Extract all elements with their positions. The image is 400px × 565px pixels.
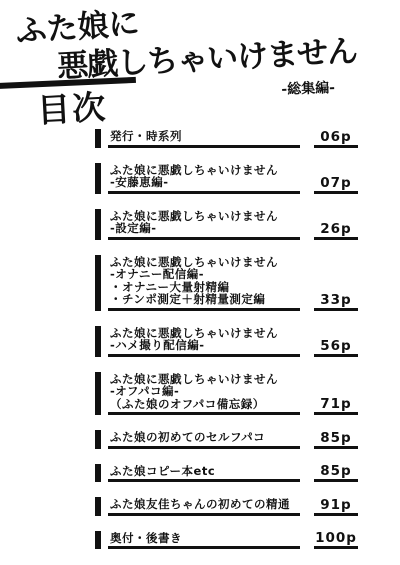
entry-marker-bar bbox=[95, 464, 101, 483]
entry-title-line: ふた娘の初めてのセルフパコ bbox=[110, 431, 300, 444]
entry-title: 奥付・後書き bbox=[108, 531, 300, 550]
entry-title-line: ふた娘友佳ちゃんの初めての精通 bbox=[110, 498, 300, 511]
entry-title: ふた娘に悪戯しちゃいけません-設定編- bbox=[108, 209, 300, 240]
entry-title: 発行・時系列 bbox=[108, 129, 300, 148]
toc-entry: ふた娘コピー本etc 85p bbox=[95, 464, 358, 483]
entry-title: ふた娘に悪戯しちゃいけません-ハメ撮り配信編- bbox=[108, 326, 300, 357]
entry-page-number: 06p bbox=[314, 130, 358, 148]
entry-marker-bar bbox=[95, 531, 101, 550]
entry-page-number: 71p bbox=[314, 397, 358, 415]
toc-entry: ふた娘に悪戯しちゃいけません-ハメ撮り配信編- 56p bbox=[95, 326, 358, 357]
toc-entry: ふた娘友佳ちゃんの初めての精通 91p bbox=[95, 497, 358, 516]
entry-title: ふた娘に悪戯しちゃいけません-安藤恵編- bbox=[108, 163, 300, 194]
entry-title: ふた娘友佳ちゃんの初めての精通 bbox=[108, 497, 300, 516]
entry-page-number: 26p bbox=[314, 222, 358, 240]
entry-marker-bar bbox=[95, 129, 101, 148]
entry-page-number: 85p bbox=[314, 431, 358, 449]
entry-title-line: -安藤恵編- bbox=[110, 176, 300, 189]
entry-marker-bar bbox=[95, 497, 101, 516]
toc-entry: ふた娘の初めてのセルフパコ 85p bbox=[95, 430, 358, 449]
entry-marker-bar bbox=[95, 372, 101, 416]
entry-title-line: 発行・時系列 bbox=[110, 130, 300, 143]
entry-title-line: -オナニー配信編- bbox=[110, 268, 300, 281]
entry-page-number: 33p bbox=[314, 293, 358, 311]
entry-title-line: -設定編- bbox=[110, 222, 300, 235]
entry-page-number: 07p bbox=[314, 176, 358, 194]
entry-title-line: ・チンポ測定＋射精量測定編 bbox=[110, 293, 300, 306]
entry-marker-bar bbox=[95, 430, 101, 449]
entry-title-line: （ふた娘のオフパコ備忘録） bbox=[110, 398, 300, 411]
entry-marker-bar bbox=[95, 209, 101, 240]
entry-page-number: 56p bbox=[314, 339, 358, 357]
toc-entry: 奥付・後書き 100p bbox=[95, 531, 358, 550]
entry-title-line: ふた娘コピー本etc bbox=[110, 465, 300, 478]
toc-entry: ふた娘に悪戯しちゃいけません-設定編- 26p bbox=[95, 209, 358, 240]
entry-page-number: 91p bbox=[314, 498, 358, 516]
toc-entry: 発行・時系列 06p bbox=[95, 129, 358, 148]
entry-title: ふた娘コピー本etc bbox=[108, 464, 300, 483]
toc-entry: ふた娘に悪戯しちゃいけません-オフパコ編-（ふた娘のオフパコ備忘録） 71p bbox=[95, 372, 358, 416]
toc-entry: ふた娘に悪戯しちゃいけません-オナニー配信編-・オナニー大量射精編・チンポ測定＋… bbox=[95, 255, 358, 311]
book-subtitle: -総集編- bbox=[281, 77, 335, 99]
page-heading: 目次 bbox=[36, 81, 108, 132]
toc-list: 発行・時系列 06p ふた娘に悪戯しちゃいけません-安藤恵編- 07p ふた娘に… bbox=[95, 129, 358, 564]
entry-page-number: 100p bbox=[314, 531, 358, 549]
entry-marker-bar bbox=[95, 163, 101, 194]
entry-title-line: -ハメ撮り配信編- bbox=[110, 339, 300, 352]
entry-title: ふた娘の初めてのセルフパコ bbox=[108, 430, 300, 449]
entry-title: ふた娘に悪戯しちゃいけません-オフパコ編-（ふた娘のオフパコ備忘録） bbox=[108, 372, 300, 416]
entry-marker-bar bbox=[95, 255, 101, 311]
entry-title-line: 奥付・後書き bbox=[110, 532, 300, 545]
entry-title-line: -オフパコ編- bbox=[110, 385, 300, 398]
entry-page-number: 85p bbox=[314, 464, 358, 482]
entry-marker-bar bbox=[95, 326, 101, 357]
entry-title: ふた娘に悪戯しちゃいけません-オナニー配信編-・オナニー大量射精編・チンポ測定＋… bbox=[108, 255, 300, 311]
toc-page: ふた娘に 悪戯しちゃいけません -総集編- 目次 発行・時系列 06p ふた娘に… bbox=[0, 0, 400, 565]
toc-entry: ふた娘に悪戯しちゃいけません-安藤恵編- 07p bbox=[95, 163, 358, 194]
